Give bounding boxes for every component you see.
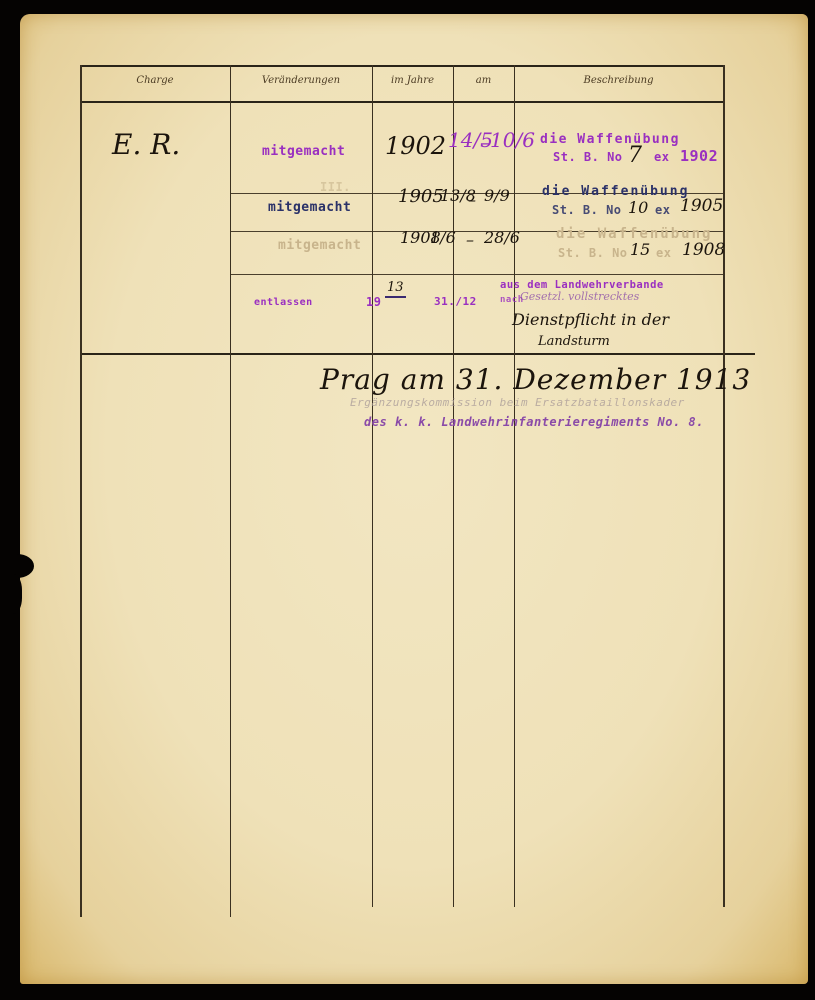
header-date: am [453, 75, 514, 86]
description-line1: die Waffenübung [542, 184, 689, 199]
faint-mark: III. [320, 180, 351, 194]
place-date-signature: Prag am 31. Dezember 1913 [320, 363, 751, 396]
description-year: 1902 [680, 147, 718, 165]
change-stamp: entlassen [254, 297, 313, 308]
date-dash: – [468, 190, 476, 209]
change-stamp: mitgemacht [268, 200, 351, 215]
description-line2-prefix: St. B. No [553, 150, 623, 164]
header-charge: Charge [80, 75, 230, 86]
description-number: 15 [630, 240, 650, 259]
description-handwritten: Landsturm [538, 334, 610, 349]
commission-stamp-line2: des k. k. Landwehrinfanterieregiments No… [364, 415, 704, 429]
description-line1: die Waffenübung [540, 132, 680, 147]
description-ex: ex [655, 203, 670, 217]
year-entry: 1902 [385, 132, 446, 160]
charge-entry: E. R. [112, 128, 180, 161]
header-year: im Jahre [372, 75, 453, 86]
discharge-date: 31./12 [434, 295, 477, 308]
date-to: 28/6 [484, 228, 520, 247]
date-dash: – [480, 130, 490, 154]
description-year: 1908 [682, 240, 725, 260]
header-description: Beschreibung [514, 75, 723, 86]
change-stamp: mitgemacht [278, 238, 361, 253]
year-suffix: 13 [385, 280, 406, 298]
description-ex: ex [656, 246, 671, 260]
commission-stamp-line1: Ergänzungskommission beim Ersatzbataillo… [350, 396, 685, 409]
description-number: 10 [628, 198, 648, 217]
change-stamp: mitgemacht [262, 144, 345, 159]
description-number: 7 [628, 143, 642, 168]
description-year: 1905 [680, 196, 723, 216]
header-changes: Veränderungen [230, 75, 372, 86]
date-to: 10/6 [490, 128, 535, 152]
description-line2-prefix: St. B. No [552, 203, 622, 217]
description-handwritten: Gesetzl. vollstrecktes [520, 290, 639, 303]
date-from: 1/6 [430, 228, 456, 247]
year-prefix: 19 [366, 295, 381, 309]
description-ex: ex [654, 150, 669, 164]
date-to: 9/9 [484, 186, 510, 205]
date-dash: – [466, 230, 474, 249]
description-line2-prefix: St. B. No [558, 246, 628, 260]
description-handwritten: Dienstpflicht in der [512, 310, 669, 329]
year-entry: 1905 [398, 186, 444, 207]
page-tear [0, 574, 22, 614]
